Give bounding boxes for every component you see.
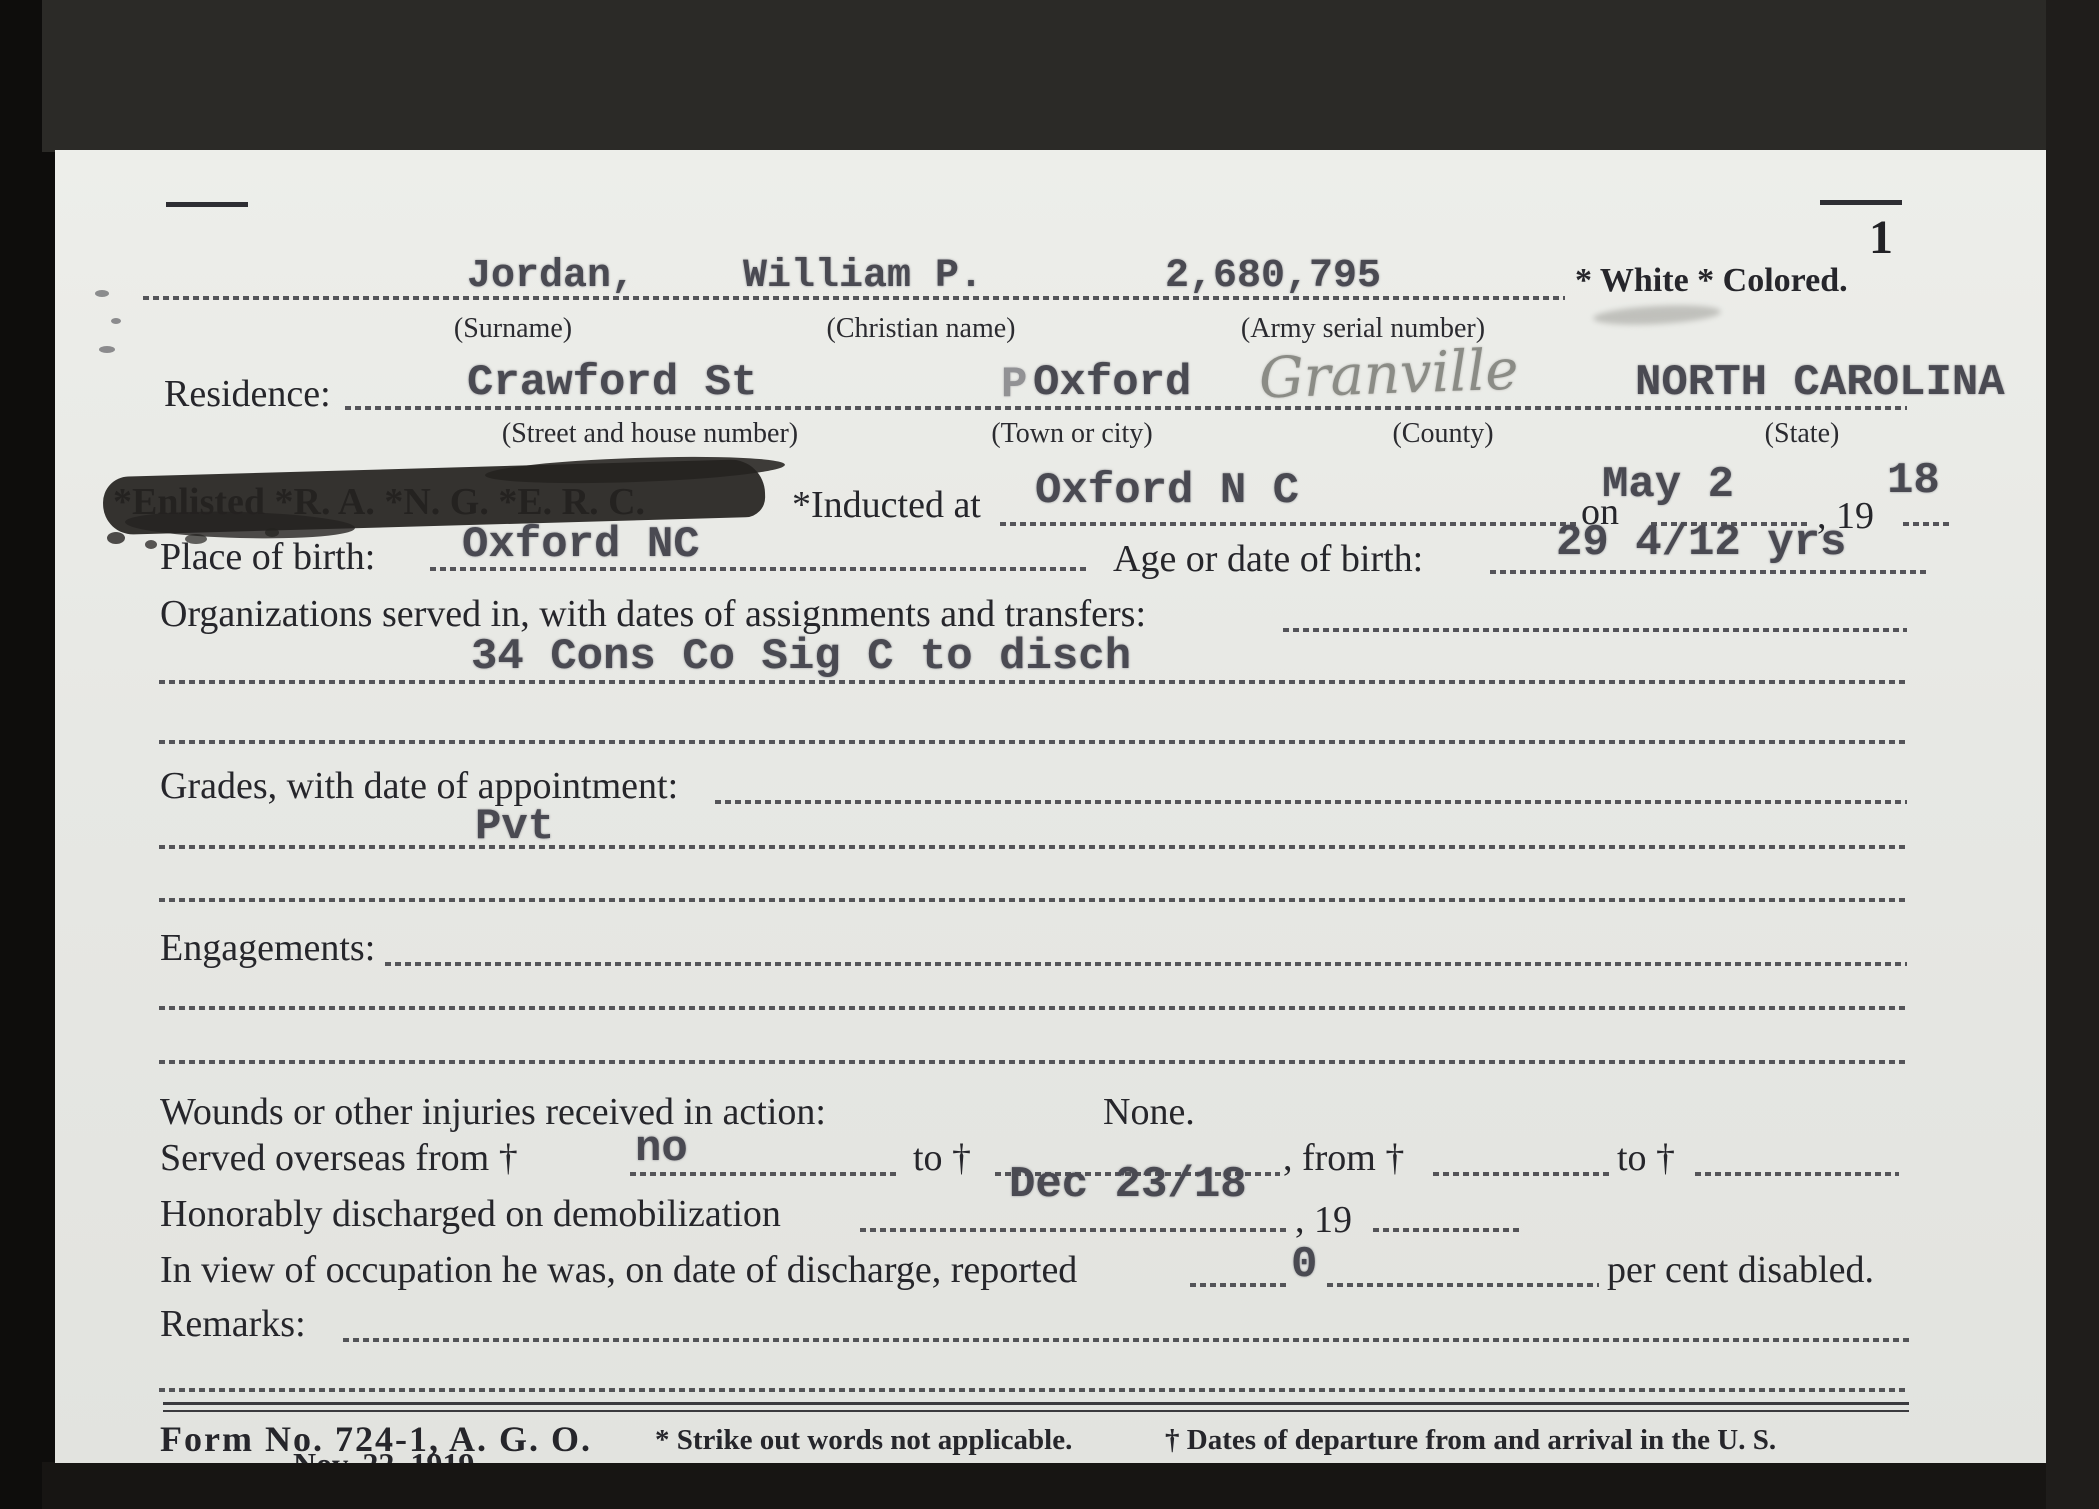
- dashed-line: [1190, 1283, 1286, 1287]
- army-serial-number-value: 2,680,795: [1165, 254, 1381, 299]
- town-label: (Town or city): [991, 418, 1152, 450]
- service-record-card: 1 Jordan, William P. 2,680,795 * White *…: [55, 150, 2046, 1463]
- dashed-line: [1903, 522, 1951, 526]
- age-label: Age or date of birth:: [1113, 537, 1423, 581]
- christian-name-label: (Christian name): [827, 313, 1016, 345]
- dashed-line: [159, 1006, 1907, 1010]
- discharged-label: Honorably discharged on demobilization: [160, 1192, 781, 1236]
- overseas-to2-label: to †: [1617, 1136, 1675, 1180]
- dashed-line: [159, 1060, 1907, 1064]
- dashed-line: [159, 898, 1907, 902]
- residence-town-stray-character: P: [1001, 360, 1027, 410]
- street-label: (Street and house number): [502, 418, 798, 450]
- place-of-birth-label: Place of birth:: [160, 535, 375, 579]
- wounds-value: None.: [1103, 1090, 1195, 1134]
- engagements-label: Engagements:: [160, 926, 375, 970]
- dashed-line: [430, 567, 1090, 571]
- organizations-label: Organizations served in, with dates of a…: [160, 592, 1146, 636]
- surname-value: Jordan,: [467, 254, 635, 299]
- dashed-line: [1695, 1172, 1899, 1176]
- dashed-line: [343, 1338, 1909, 1342]
- dashed-line: [630, 1172, 898, 1176]
- wounds-label: Wounds or other injuries received in act…: [160, 1090, 826, 1134]
- bottom-rule: [163, 1410, 1909, 1412]
- remarks-label: Remarks:: [160, 1302, 306, 1346]
- dashed-line: [1373, 1228, 1521, 1232]
- state-label: (State): [1765, 418, 1840, 450]
- top-right-tick-line: [1820, 200, 1902, 205]
- organizations-value: 34 Cons Co Sig C to disch: [471, 632, 1131, 682]
- ink-spatter: [145, 540, 157, 549]
- page-number: 1: [1869, 210, 1893, 265]
- residence-label: Residence:: [164, 372, 331, 416]
- dashed-line: [1283, 628, 1907, 632]
- age-value: 29 4/12 yrs: [1556, 518, 1846, 568]
- dashed-line: [385, 962, 1907, 966]
- overseas-from1-value: no: [635, 1124, 688, 1174]
- place-of-birth-value: Oxford NC: [462, 520, 700, 570]
- scan-background-top: [42, 0, 2099, 152]
- pencil-smudge-white: [1593, 303, 1722, 328]
- overseas-from2-label: , from †: [1283, 1136, 1404, 1180]
- disability-value: 0: [1291, 1240, 1317, 1290]
- footer-note-dates: † Dates of departure from and arrival in…: [1165, 1424, 1776, 1457]
- dashed-line: [159, 680, 1907, 684]
- induction-year-value: 18: [1887, 456, 1940, 506]
- dashed-line: [345, 406, 1907, 410]
- discharge-year-label: , 19: [1295, 1198, 1352, 1242]
- surname-label: (Surname): [454, 313, 572, 345]
- grades-label: Grades, with date of appointment:: [160, 764, 678, 808]
- form-date: Nov. 22, 1919.: [293, 1446, 482, 1463]
- ink-spatter: [107, 532, 125, 544]
- dashed-line: [1433, 1172, 1611, 1176]
- race-strike-options: * White * Colored.: [1575, 262, 1848, 300]
- christian-name-value: William P.: [743, 254, 983, 299]
- dashed-line: [860, 1228, 1288, 1232]
- residence-state-value: NORTH CAROLINA: [1635, 358, 2005, 408]
- served-overseas-label: Served overseas from †: [160, 1136, 518, 1180]
- dashed-line: [715, 800, 1907, 804]
- dashed-line: [143, 296, 1565, 300]
- inducted-at-label: *Inducted at: [792, 483, 981, 527]
- county-label: (County): [1392, 418, 1493, 450]
- bottom-rule: [163, 1402, 1909, 1405]
- dashed-line: [159, 740, 1907, 744]
- dashed-line: [1490, 570, 1930, 574]
- dashed-line: [1327, 1283, 1599, 1287]
- discharge-date-value: Dec 23/18: [1009, 1160, 1247, 1210]
- scan-background-bottom: [42, 1462, 2046, 1509]
- dashed-line: [1000, 522, 1580, 526]
- induction-date-value: May 2: [1602, 460, 1734, 510]
- residence-county-value-handwritten: Granville: [1258, 337, 1520, 411]
- scan-background-right: [2046, 0, 2099, 1509]
- dashed-line: [159, 1388, 1909, 1392]
- ink-speck: [111, 318, 121, 324]
- residence-street-value: Crawford St: [467, 358, 757, 408]
- top-left-tick-line: [166, 202, 248, 207]
- ink-speck: [95, 290, 109, 297]
- disability-label: In view of occupation he was, on date of…: [160, 1248, 1077, 1292]
- disability-suffix-label: per cent disabled.: [1607, 1248, 1874, 1292]
- residence-town-value: Oxford: [1033, 358, 1191, 408]
- footer-note-strike-out: * Strike out words not applicable.: [655, 1424, 1072, 1457]
- overseas-to1-label: to †: [913, 1136, 971, 1180]
- inducted-place-value: Oxford N C: [1035, 466, 1299, 516]
- dashed-line: [159, 845, 1907, 849]
- ink-speck: [99, 346, 115, 353]
